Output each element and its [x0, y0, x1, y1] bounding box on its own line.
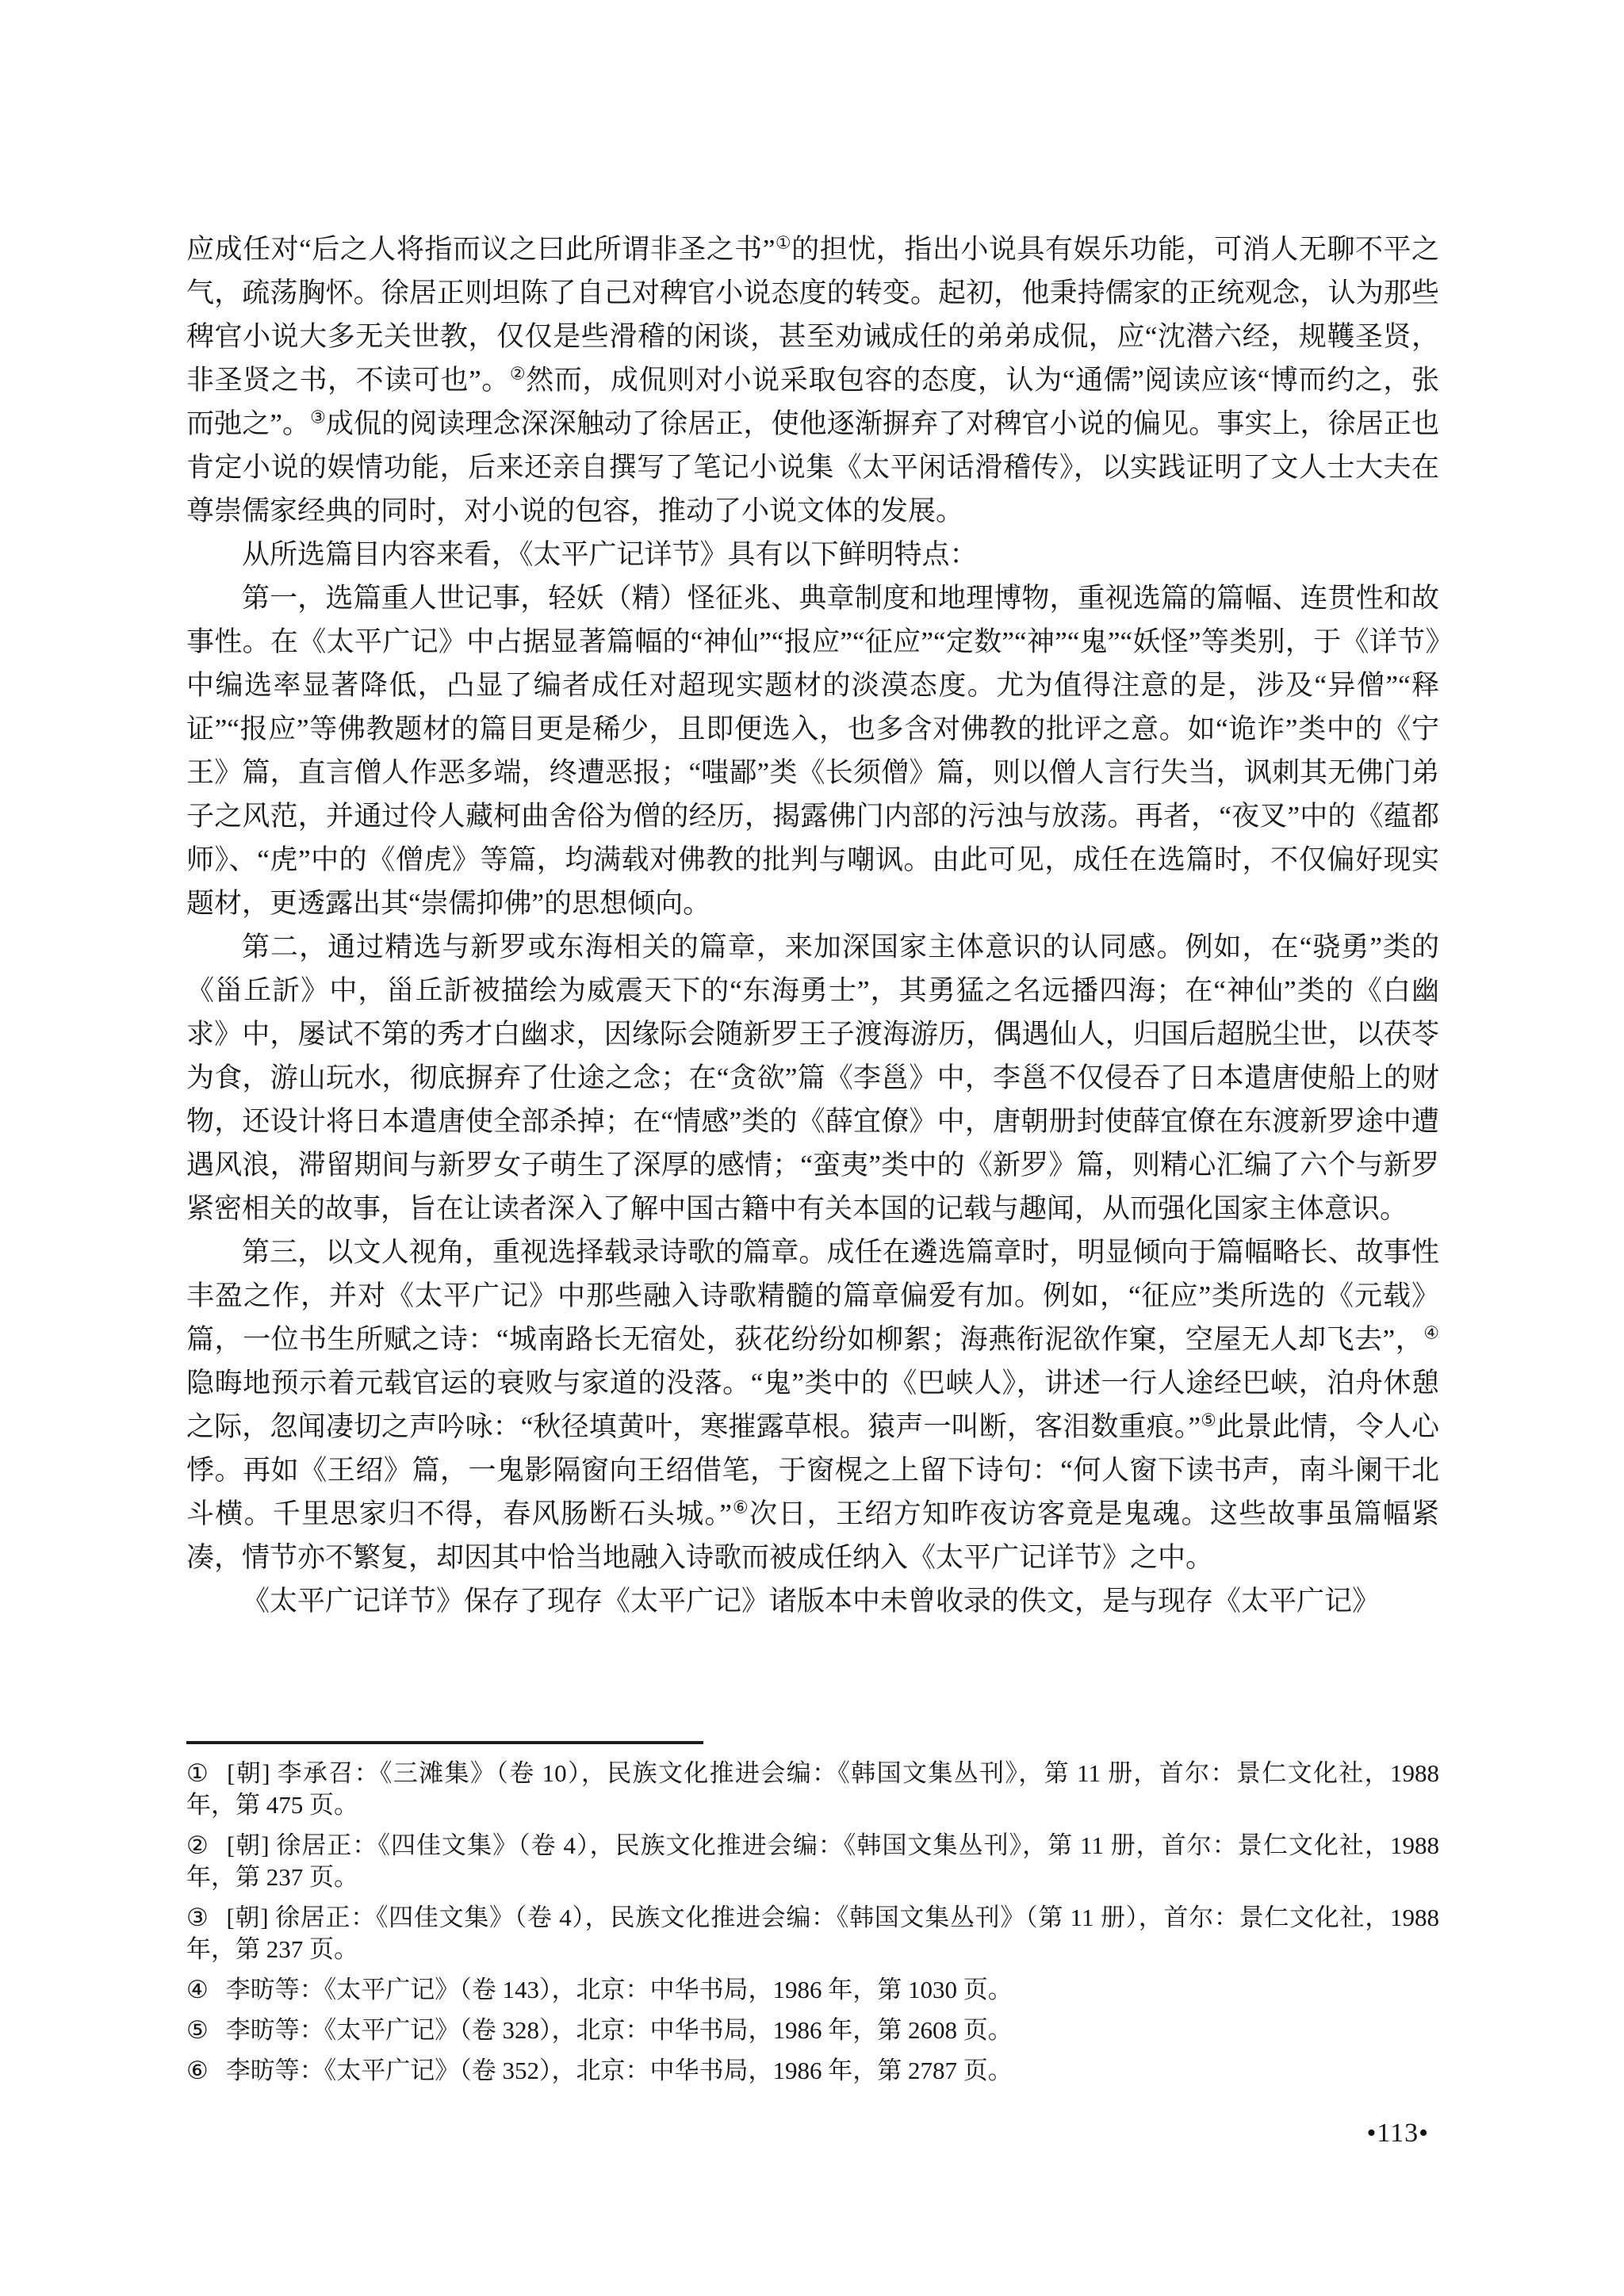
footnote-marker: ④ [186, 1976, 209, 2003]
footnote-marker: ① [186, 1759, 209, 1787]
footnote-item: ③[朝] 徐居正：《四佳文集》（卷 4），民族文化推进会编：《韩国文集丛刊》（第… [186, 1902, 1439, 1965]
body-paragraph: 第三，以文人视角，重视选择载录诗歌的篇章。成任在遴选篇章时，明显倾向于篇幅略长、… [186, 1230, 1439, 1579]
footnote-ref: ② [510, 363, 526, 383]
footnote-marker: ⑥ [186, 2057, 209, 2084]
footnote-item: ⑤李昉等：《太平广记》（卷 328），北京：中华书局，1986 年，第 2608… [186, 2015, 1439, 2046]
body-paragraph: 第一，选篇重人世记事，轻妖（精）怪征兆、典章制度和地理博物，重视选篇的篇幅、连贯… [186, 576, 1439, 925]
body-paragraph: 应成任对“后之人将指而议之曰此所谓非圣之书”①的担忧，指出小说具有娱乐功能，可消… [186, 228, 1439, 533]
footnote-item: ⑥李昉等：《太平广记》（卷 352），北京：中华书局，1986 年，第 2787… [186, 2055, 1439, 2087]
footnote-ref: ⑥ [732, 1497, 749, 1517]
footnotes-section: ①[朝] 李承召：《三滩集》（卷 10），民族文化推进会编：《韩国文集丛刊》，第… [186, 1741, 1439, 2095]
footnote-ref: ③ [310, 407, 326, 427]
footnote-separator [186, 1741, 703, 1744]
document-page: 应成任对“后之人将指而议之曰此所谓非圣之书”①的担忧，指出小说具有娱乐功能，可消… [0, 0, 1624, 2296]
body-text: 应成任对“后之人将指而议之曰此所谓非圣之书”①的担忧，指出小说具有娱乐功能，可消… [186, 228, 1439, 1623]
footnote-marker: ③ [186, 1904, 209, 1931]
body-paragraph: 《太平广记详节》保存了现存《太平广记》诸版本中未曾收录的佚文，是与现存《太平广记… [186, 1579, 1439, 1623]
body-paragraph: 第二，通过精选与新罗或东海相关的篇章，来加深国家主体意识的认同感。例如，在“骁勇… [186, 925, 1439, 1230]
footnote-marker: ② [186, 1831, 209, 1859]
footnote-ref: ④ [1423, 1322, 1439, 1342]
footnote-marker: ⑤ [186, 2016, 209, 2044]
body-paragraph: 从所选篇目内容来看，《太平广记详节》具有以下鲜明特点： [186, 533, 1439, 576]
footnote-item: ②[朝] 徐居正：《四佳文集》（卷 4），民族文化推进会编：《韩国文集丛刊》，第… [186, 1830, 1439, 1893]
footnote-ref: ⑤ [1201, 1410, 1216, 1429]
page-number: •113• [1366, 2118, 1429, 2149]
footnote-item: ①[朝] 李承召：《三滩集》（卷 10），民族文化推进会编：《韩国文集丛刊》，第… [186, 1758, 1439, 1821]
footnote-list: ①[朝] 李承召：《三滩集》（卷 10），民族文化推进会编：《韩国文集丛刊》，第… [186, 1758, 1439, 2087]
footnote-item: ④李昉等：《太平广记》（卷 143），北京：中华书局，1986 年，第 1030… [186, 1974, 1439, 2006]
footnote-ref: ① [775, 232, 791, 252]
